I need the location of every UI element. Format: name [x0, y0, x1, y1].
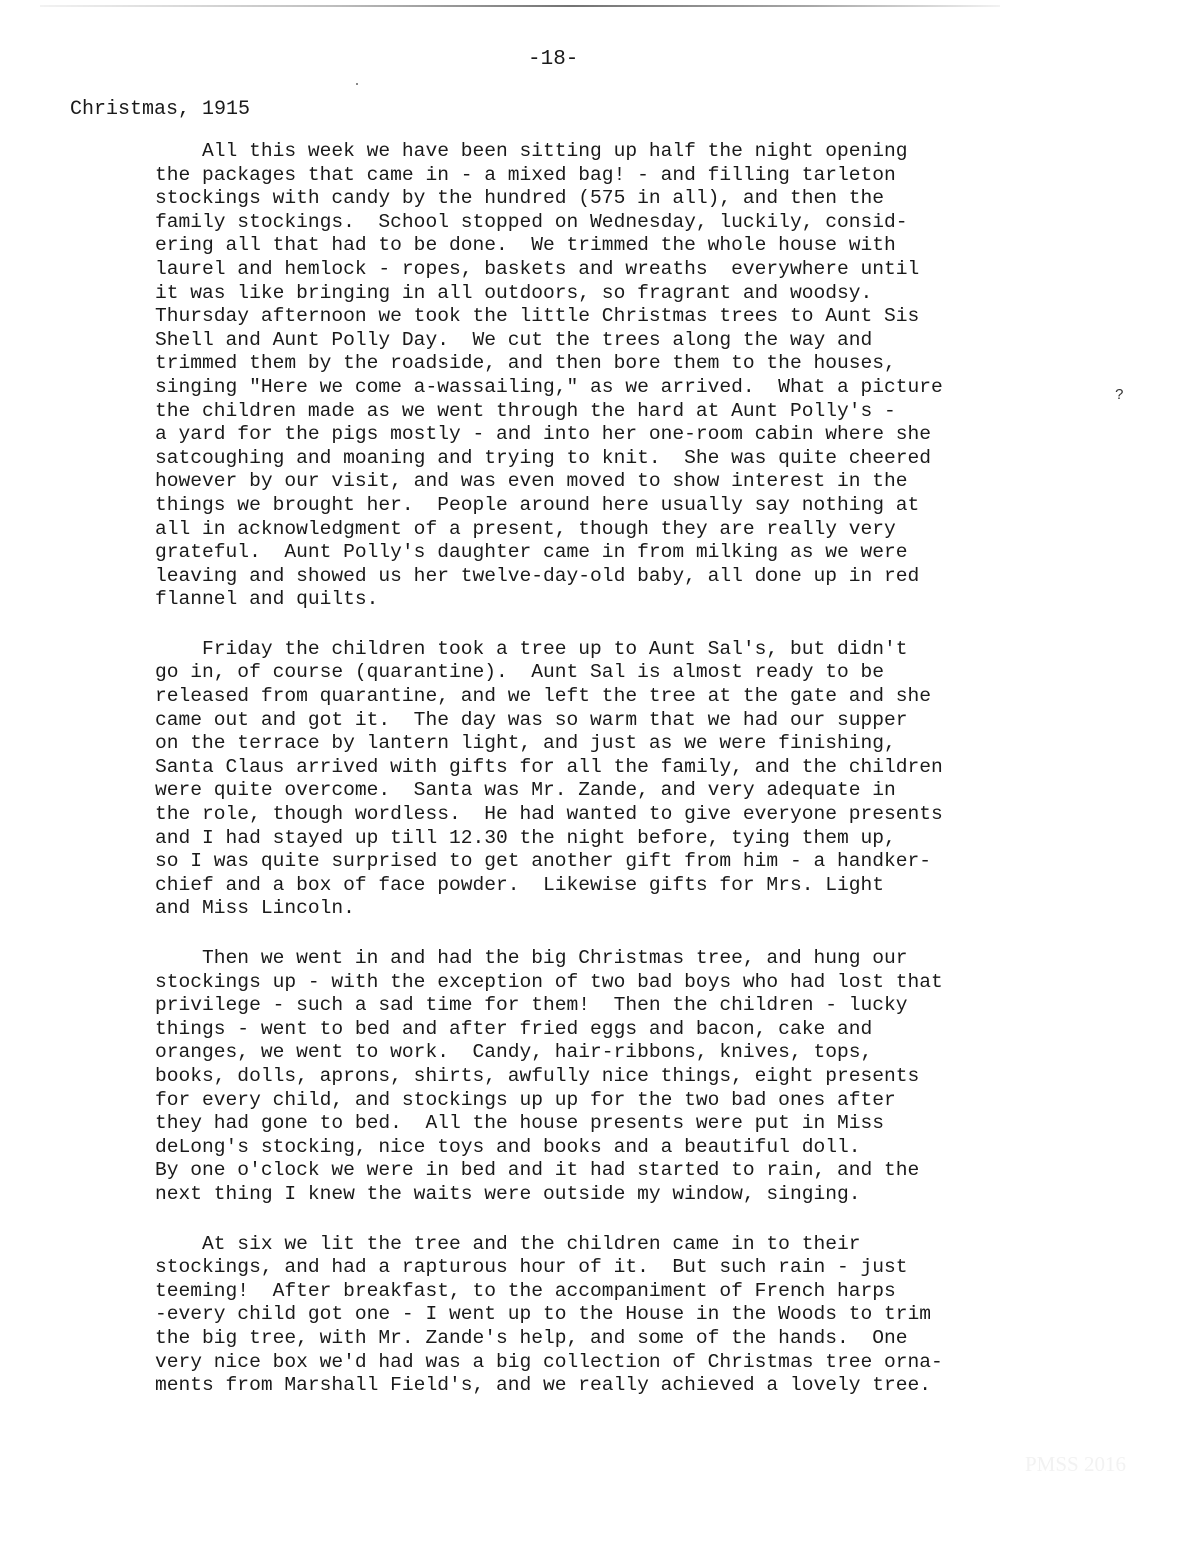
text-line: the role, though wordless. He had wanted…: [155, 803, 1115, 827]
text-line: on the terrace by lantern light, and jus…: [155, 732, 1115, 756]
text-line: all in acknowledgment of a present, thou…: [155, 518, 1115, 542]
text-line: All this week we have been sitting up ha…: [155, 140, 1115, 164]
text-line: books, dolls, aprons, shirts, awfully ni…: [155, 1065, 1115, 1089]
text-line: for every child, and stockings up up for…: [155, 1089, 1115, 1113]
text-line: a yard for the pigs mostly - and into he…: [155, 423, 1115, 447]
text-line: and I had stayed up till 12.30 the night…: [155, 827, 1115, 851]
text-line: privilege - such a sad time for them! Th…: [155, 994, 1115, 1018]
scan-edge-rule: [40, 5, 1000, 7]
paragraph-1: All this week we have been sitting up ha…: [155, 140, 1115, 612]
text-line: -every child got one - I went up to the …: [155, 1303, 1115, 1327]
paragraph-4: At six we lit the tree and the children …: [155, 1233, 1115, 1398]
text-line: however by our visit, and was even moved…: [155, 470, 1115, 494]
archive-watermark: PMSS 2016: [1025, 1452, 1126, 1477]
text-line: so I was quite surprised to get another …: [155, 850, 1115, 874]
text-line: Shell and Aunt Polly Day. We cut the tre…: [155, 329, 1115, 353]
margin-question-mark: ?: [1115, 390, 1124, 402]
text-line: chief and a box of face powder. Likewise…: [155, 874, 1115, 898]
page-number: -18-: [528, 48, 578, 71]
text-line: ering all that had to be done. We trimme…: [155, 234, 1115, 258]
text-line: and Miss Lincoln.: [155, 897, 1115, 921]
paragraph-3: Then we went in and had the big Christma…: [155, 947, 1115, 1207]
text-line: stockings with candy by the hundred (575…: [155, 187, 1115, 211]
text-line: singing "Here we come a-wassailing," as …: [155, 376, 1115, 400]
scan-speck: [356, 83, 358, 85]
text-line: leaving and showed us her twelve-day-old…: [155, 565, 1115, 589]
text-line: they had gone to bed. All the house pres…: [155, 1112, 1115, 1136]
text-line: oranges, we went to work. Candy, hair-ri…: [155, 1041, 1115, 1065]
text-line: Santa Claus arrived with gifts for all t…: [155, 756, 1115, 780]
text-line: came out and got it. The day was so warm…: [155, 709, 1115, 733]
text-line: go in, of course (quarantine). Aunt Sal …: [155, 661, 1115, 685]
text-line: were quite overcome. Santa was Mr. Zande…: [155, 779, 1115, 803]
text-line: things - went to bed and after fried egg…: [155, 1018, 1115, 1042]
text-line: Friday the children took a tree up to Au…: [155, 638, 1115, 662]
text-line: teeming! After breakfast, to the accompa…: [155, 1280, 1115, 1304]
text-line: the big tree, with Mr. Zande's help, and…: [155, 1327, 1115, 1351]
text-line: ments from Marshall Field's, and we real…: [155, 1374, 1115, 1398]
text-line: the children made as we went through the…: [155, 400, 1115, 424]
text-line: stockings, and had a rapturous hour of i…: [155, 1256, 1115, 1280]
text-line: things we brought her. People around her…: [155, 494, 1115, 518]
text-line: family stockings. School stopped on Wedn…: [155, 211, 1115, 235]
paragraph-2: Friday the children took a tree up to Au…: [155, 638, 1115, 921]
text-line: very nice box we'd had was a big collect…: [155, 1351, 1115, 1375]
text-line: stockings up - with the exception of two…: [155, 971, 1115, 995]
text-line: deLong's stocking, nice toys and books a…: [155, 1136, 1115, 1160]
text-line: grateful. Aunt Polly's daughter came in …: [155, 541, 1115, 565]
text-line: trimmed them by the roadside, and then b…: [155, 352, 1115, 376]
page-heading: Christmas, 1915: [70, 98, 250, 121]
text-line: At six we lit the tree and the children …: [155, 1233, 1115, 1257]
text-line: the packages that came in - a mixed bag!…: [155, 164, 1115, 188]
text-line: Then we went in and had the big Christma…: [155, 947, 1115, 971]
text-line: laurel and hemlock - ropes, baskets and …: [155, 258, 1115, 282]
text-line: Thursday afternoon we took the little Ch…: [155, 305, 1115, 329]
text-line: satcoughing and moaning and trying to kn…: [155, 447, 1115, 471]
text-line: next thing I knew the waits were outside…: [155, 1183, 1115, 1207]
letter-body: All this week we have been sitting up ha…: [155, 140, 1115, 1424]
text-line: it was like bringing in all outdoors, so…: [155, 282, 1115, 306]
text-line: flannel and quilts.: [155, 588, 1115, 612]
text-line: released from quarantine, and we left th…: [155, 685, 1115, 709]
text-line: By one o'clock we were in bed and it had…: [155, 1159, 1115, 1183]
